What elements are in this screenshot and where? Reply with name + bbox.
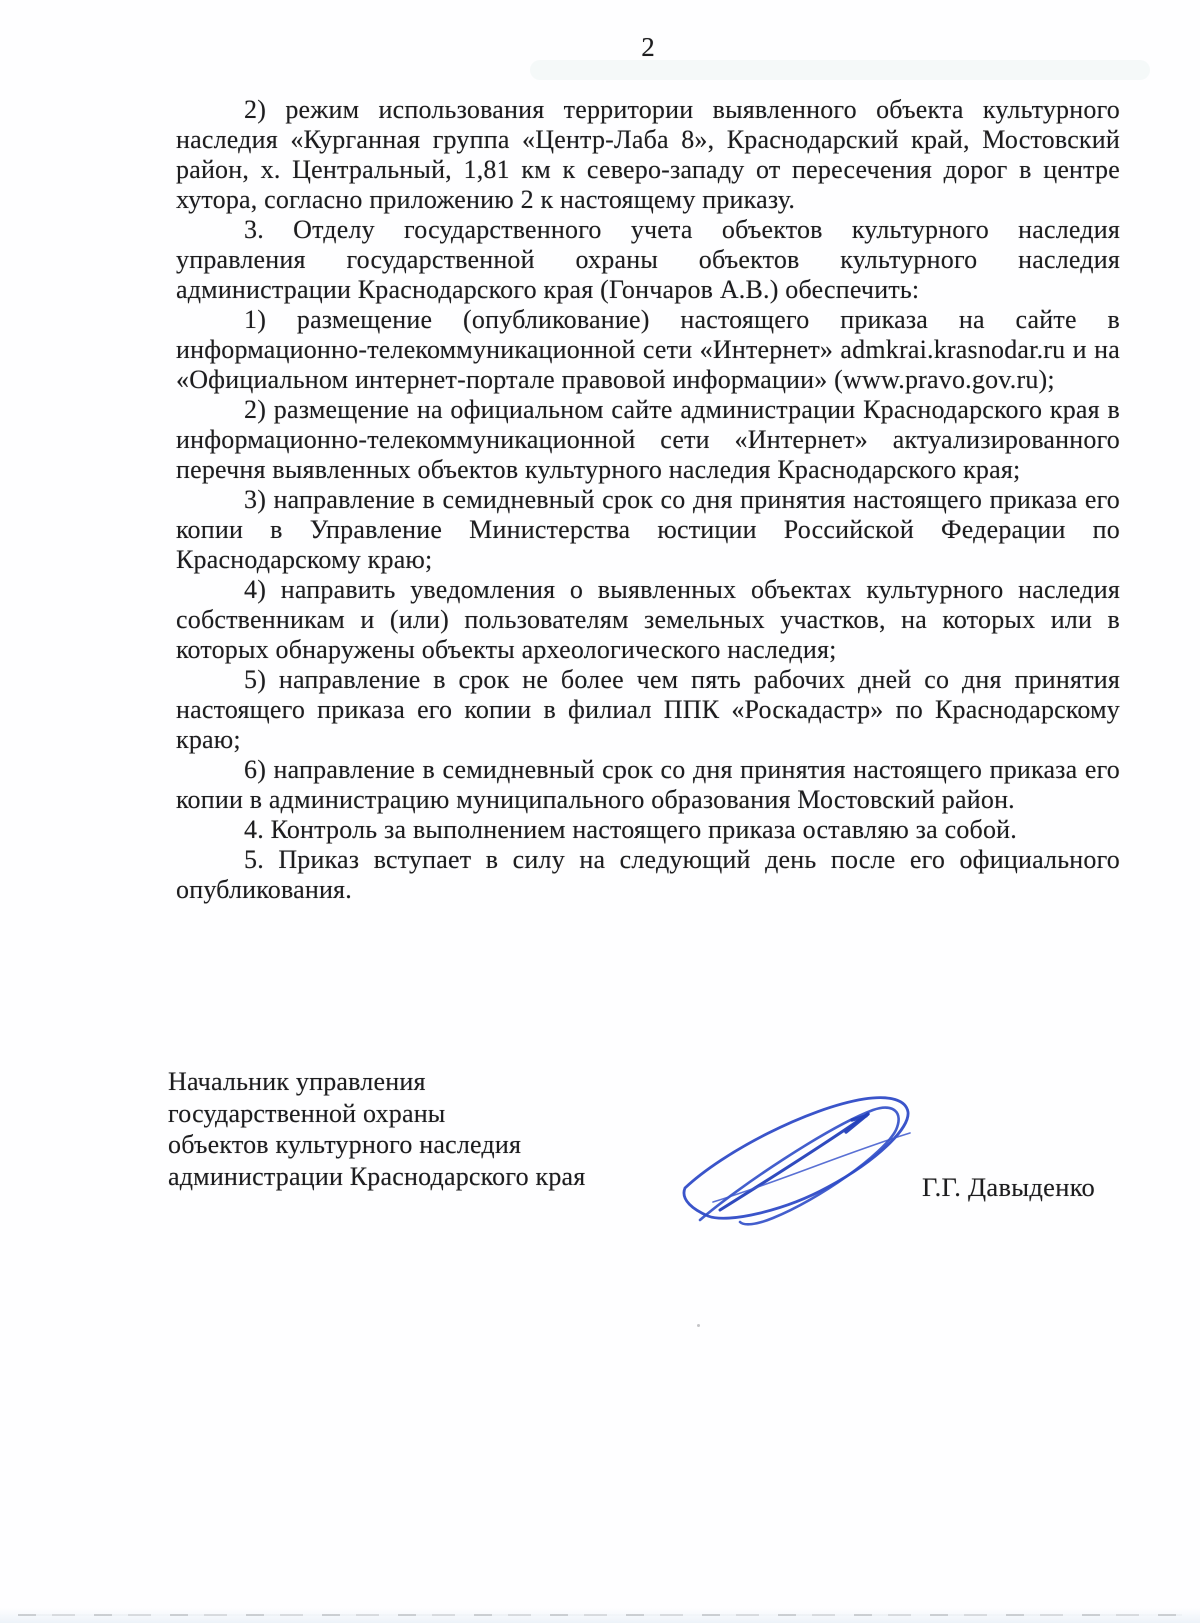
paragraph: 1) размещение (опубликование) настоящего… <box>176 305 1120 395</box>
signatory-name: Г.Г. Давыденко <box>922 1172 1095 1203</box>
paragraph: 6) направление в семидневный срок со дня… <box>176 755 1120 815</box>
paragraph: 5) направление в срок не более чем пять … <box>176 665 1120 755</box>
paragraph: 5. Приказ вступает в силу на следующий д… <box>176 845 1120 905</box>
scan-smudge <box>530 60 1150 80</box>
paragraph: 2) режим использования территории выявле… <box>176 95 1120 215</box>
scan-artifact-line <box>18 1614 1182 1616</box>
paragraph: 2) размещение на официальном сайте админ… <box>176 395 1120 485</box>
document-page: 2 2) режим использования территории выяв… <box>0 0 1200 1623</box>
paragraph: 3) направление в семидневный срок со дня… <box>176 485 1120 575</box>
scan-artifact-dot <box>697 1324 700 1327</box>
signature-position-line: государственной охраны <box>168 1098 585 1130</box>
page-number: 2 <box>176 32 1120 62</box>
paragraph: 4. Контроль за выполнением настоящего пр… <box>176 815 1120 845</box>
signature-position-line: объектов культурного наследия <box>168 1129 585 1161</box>
paragraph: 4) направить уведомления о выявленных об… <box>176 575 1120 665</box>
signature-ink <box>668 1092 928 1232</box>
document-body: 2) режим использования территории выявле… <box>176 95 1120 905</box>
signature-position-line: Начальник управления <box>168 1066 585 1098</box>
paragraph: 3. Отделу государственного учета объекто… <box>176 215 1120 305</box>
signature-position-line: администрации Краснодарского края <box>168 1161 585 1193</box>
signature-block: Начальник управления государственной охр… <box>168 1066 585 1192</box>
